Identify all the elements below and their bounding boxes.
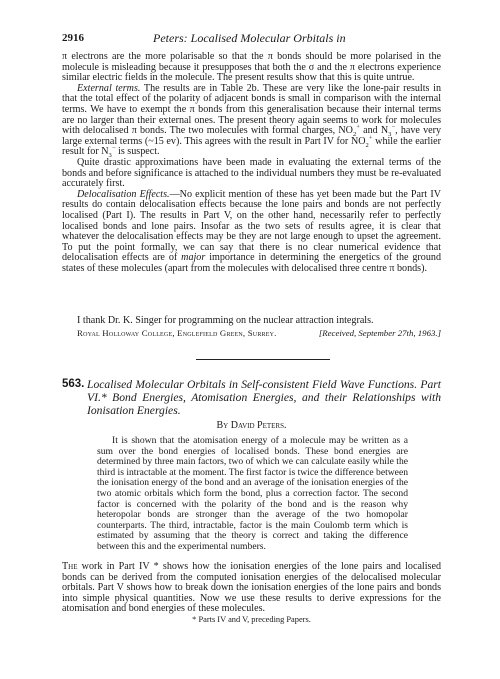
article-number: 563. (62, 378, 84, 391)
affiliation-line: Royal Holloway College, Englefield Green… (77, 327, 441, 339)
delocalisation-heading: Delocalisation Effects. (77, 189, 170, 200)
footnote: * Parts IV and V, preceding Papers. (62, 615, 441, 624)
paragraph-intro: The work in Part IV * shows how the ioni… (62, 562, 441, 615)
received-date: [Received, September 27th, 1963.] (319, 327, 441, 339)
paragraph-external-terms: External terms. The results are in Table… (62, 84, 441, 158)
emphasis-major: major (181, 252, 205, 263)
article-heading: 563. Localised Molecular Orbitals in Sel… (62, 378, 441, 417)
external-terms-heading: External terms. (77, 83, 140, 94)
paragraph-polarisation: π electrons are the more polarisable so … (62, 52, 441, 84)
continued-section: π electrons are the more polarisable so … (62, 52, 441, 274)
lead-word: The (62, 561, 78, 572)
article-body: The work in Part IV * shows how the ioni… (62, 562, 441, 615)
section-divider (196, 359, 330, 360)
running-title: Peters: Localised Molecular Orbitals in (153, 30, 346, 46)
article-title: Localised Molecular Orbitals in Self-con… (87, 378, 441, 417)
paragraph-delocalisation: Delocalisation Effects.—No explicit ment… (62, 190, 441, 275)
byline: By David Peters. (62, 420, 441, 431)
abstract: It is shown that the atomisation energy … (97, 436, 408, 553)
page-number: 2916 (62, 30, 84, 46)
abstract-text: It is shown that the atomisation energy … (97, 436, 408, 553)
author-name: David Peters. (231, 420, 287, 431)
institution: Royal Holloway College, Englefield Green… (77, 328, 277, 338)
paragraph-approximations: Quite drastic approximations have been m… (62, 158, 441, 190)
acknowledgement: I thank Dr. K. Singer for programming on… (77, 315, 374, 327)
running-head: 2916 Peters: Localised Molecular Orbital… (62, 30, 441, 46)
